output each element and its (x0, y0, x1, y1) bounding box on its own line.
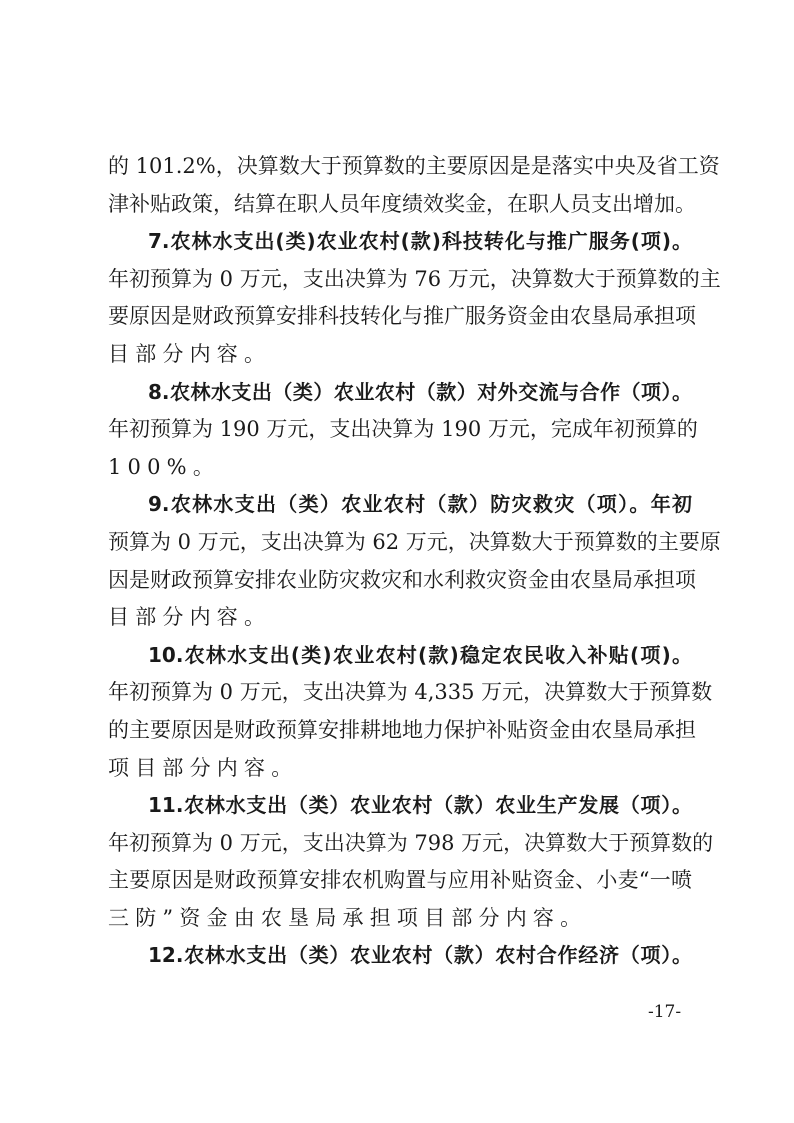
paragraph-line: 预算为 0 万元，支出决算为 62 万元，决算数大于预算数的主要原 (108, 524, 692, 562)
paragraph-line: 年初预算为 190 万元，支出决算为 190 万元，完成年初预算的 (108, 411, 692, 449)
paragraph-line: 主要原因是财政预算安排农机购置与应用补贴资金、小麦“一喷 (108, 862, 692, 900)
section-heading-9: 9.农林水支出（类）农业农村（款）防灾救灾（项）。年初 (108, 486, 692, 524)
paragraph-line: 目部分内容。 (108, 336, 692, 374)
paragraph-line: 的 101.2%，决算数大于预算数的主要原因是是落实中央及省工资 (108, 148, 692, 186)
paragraph-line: 因是财政预算安排农业防灾救灾和水利救灾资金由农垦局承担项 (108, 562, 692, 600)
section-heading-12: 12.农林水支出（类）农业农村（款）农村合作经济（项）。 (108, 937, 692, 975)
section-heading-11: 11.农林水支出（类）农业农村（款）农业生产发展（项）。 (108, 787, 692, 825)
section-heading-8: 8.农林水支出（类）农业农村（款）对外交流与合作（项）。 (108, 374, 692, 412)
paragraph-line: 100%。 (108, 449, 692, 487)
section-heading-7: 7.农林水支出(类)农业农村(款)科技转化与推广服务(项)。 (108, 223, 692, 261)
paragraph-line: 的主要原因是财政预算安排耕地地力保护补贴资金由农垦局承担 (108, 712, 692, 750)
paragraph-line: 项目部分内容。 (108, 750, 692, 788)
paragraph-line: 三防”资金由农垦局承担项目部分内容。 (108, 900, 692, 938)
paragraph-line: 目部分内容。 (108, 599, 692, 637)
section-heading-10: 10.农林水支出(类)农业农村(款)稳定农民收入补贴(项)。 (108, 637, 692, 675)
paragraph-line: 要原因是财政预算安排科技转化与推广服务资金由农垦局承担项 (108, 298, 692, 336)
document-body: 的 101.2%，决算数大于预算数的主要原因是是落实中央及省工资 津补贴政策，结… (108, 148, 692, 975)
paragraph-line: 年初预算为 0 万元，支出决算为 798 万元，决算数大于预算数的 (108, 825, 692, 863)
paragraph-line: 津补贴政策，结算在职人员年度绩效奖金，在职人员支出增加。 (108, 186, 692, 224)
paragraph-line: 年初预算为 0 万元，支出决算为 76 万元，决算数大于预算数的主 (108, 261, 692, 299)
paragraph-line: 年初预算为 0 万元，支出决算为 4,335 万元，决算数大于预算数 (108, 674, 692, 712)
page-number: -17- (648, 1002, 681, 1022)
